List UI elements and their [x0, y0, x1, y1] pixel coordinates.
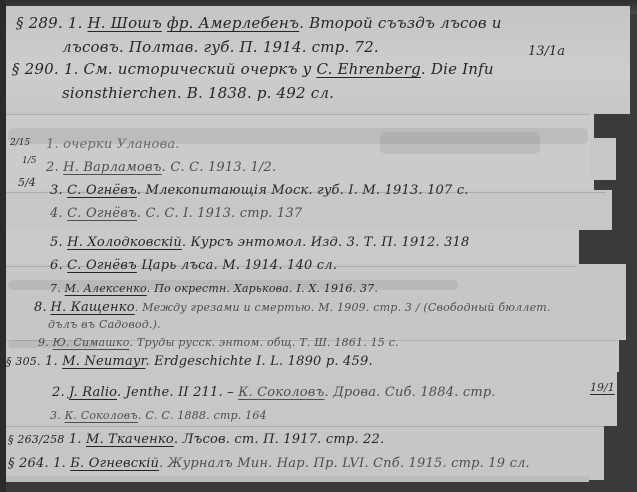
- author-name: Н. Кащенко: [51, 300, 135, 315]
- author-name-cont: фр. Амерлебенъ: [167, 14, 299, 32]
- divider: [6, 426, 604, 427]
- margin-fraction: 5/4: [18, 176, 36, 189]
- list-item: 7. М. Алексенко. По окрестн. Харькова. I…: [50, 282, 378, 295]
- citation-text: дълъ въ Садовод.).: [48, 318, 161, 331]
- author-name: М. Алексенко: [65, 282, 147, 295]
- list-item: 4. С. Огнёвъ. С. С. I. 1913. стр. 137: [50, 206, 302, 221]
- citation-text: Царь лъса. М. 1914. 140 сл.: [137, 258, 337, 273]
- citation-text: . Дрова. Сиб. 1884. стр.: [324, 385, 495, 400]
- citation-text: . Млекопитающія Моск. губ. I. М. 1913. 1…: [137, 183, 469, 198]
- item-number: 7.: [50, 282, 61, 295]
- citation-text: . С. С. 1913. 1/2.: [162, 160, 277, 175]
- citation-text: . Курсъ энтомол. Изд. 3. Т. П. 1912. 318: [182, 235, 470, 250]
- citation-text: очерки Уланова.: [63, 137, 179, 152]
- list-item: 8. Н. Кащенко. Между грезами и смертью. …: [34, 300, 551, 315]
- divider: [6, 114, 590, 115]
- citation-text: . Журналъ Мин. Нар. Пр. LVI. Спб. 1915. …: [159, 456, 530, 471]
- item-number: 8.: [34, 300, 47, 315]
- item-number: 2.: [52, 385, 65, 400]
- citation-text: . Erdgeschichte I. L. 1890 p. 459.: [145, 354, 372, 369]
- citation-text: . Труды русск. энтом. общ. Т. Ш. 1861. 1…: [130, 336, 399, 349]
- card-bottom-shadow: [4, 476, 589, 482]
- smudge: [380, 132, 540, 154]
- list-item: 6. С. Огнёвъ Царь лъса. М. 1914. 140 сл.: [50, 258, 337, 273]
- author-name: Н. Шошъ: [88, 14, 162, 32]
- left-dark-edge: [0, 0, 6, 492]
- entry-290-line-2: sionsthierchen. B. 1838. p. 492 cл.: [62, 84, 334, 102]
- entry-289-line-1: § 289. 1. Н. Шошъ фр. Амерлебенъ. Второй…: [16, 14, 502, 32]
- author-name: С. Огнёвъ: [67, 258, 137, 273]
- margin-note: 13/1а: [528, 44, 565, 59]
- item-number: 3.: [50, 409, 61, 422]
- item-number: 4.: [50, 206, 63, 221]
- author-name: К. Соколовъ: [65, 409, 138, 422]
- citation-text: . Второй съъздъ лъсов и: [299, 14, 501, 32]
- paragraph-number: § 289.: [16, 14, 63, 32]
- citation-text: . С. С. I. 1913. стр. 137: [137, 206, 302, 221]
- citation-text: . По окрестн. Харькова. I. Х. 1916. 37.: [147, 282, 378, 295]
- item-number: 6.: [50, 258, 63, 273]
- paragraph-number: § 264.: [8, 456, 49, 471]
- citation-text: . Между грезами и смертью. М. 1909. стр.…: [135, 301, 551, 314]
- entry-305-line-1: § 305. 1. M. Neumayr. Erdgeschichte I. L…: [6, 354, 373, 369]
- entry-263-line-1: § 263/258 1. М. Ткаченко. Лъсов. ст. П. …: [8, 432, 384, 447]
- margin-fraction: 2/15: [10, 138, 30, 148]
- item-number: 1.: [45, 354, 58, 369]
- item-number: 1.: [53, 456, 66, 471]
- margin-note: 19/1: [590, 381, 615, 394]
- author-name: Ю. Симашко: [53, 336, 130, 349]
- author-name: С. Огнёвъ: [67, 206, 137, 221]
- citation-text: См. исторический очеркъ у: [84, 60, 312, 78]
- item-number: 1.: [69, 432, 82, 447]
- author-name: Н. Холодковскій: [67, 235, 182, 250]
- author-name: Н. Варламовъ: [63, 160, 162, 175]
- card-strip-1-tab: [590, 138, 616, 180]
- paragraph-number: § 305.: [6, 355, 41, 368]
- item-number: 3.: [50, 183, 63, 198]
- entry-264-line-1: § 264. 1. Б. Огневскій. Журналъ Мин. Нар…: [8, 456, 530, 471]
- item-number: 5.: [50, 235, 63, 250]
- paragraph-number: § 263/258: [8, 433, 65, 446]
- citation-text: . Die Infu: [421, 60, 494, 78]
- entry-305-line-2: 2. J. Ralio. Jenthe. II 211. – К. Соколо…: [52, 385, 496, 400]
- entry-289-line-2: лъсовъ. Полтав. губ. П. 1914. стр. 72.: [62, 38, 379, 56]
- author-name: C. Ehrenberg: [316, 60, 420, 78]
- author-name: М. Ткаченко: [86, 432, 174, 447]
- margin-fraction: 1/5: [22, 156, 36, 166]
- citation-text: sionsthierchen. B. 1838. p. 492 cл.: [62, 84, 334, 102]
- list-item: 9. Ю. Симашко. Труды русск. энтом. общ. …: [38, 336, 399, 349]
- entry-305-line-3: 3. К. Соколовъ. С. С. 1888. стр. 164: [50, 409, 267, 422]
- list-item: 1. очерки Уланова.: [46, 137, 180, 152]
- paragraph-number: § 290.: [12, 60, 59, 78]
- author-name: С. Огнёвъ: [67, 183, 137, 198]
- item-number: 2.: [46, 160, 59, 175]
- citation-text: . Jenthe. II 211. –: [117, 385, 234, 400]
- author-name: M. Neumayr: [62, 354, 145, 369]
- list-item: 3. С. Огнёвъ. Млекопитающія Моск. губ. I…: [50, 183, 469, 198]
- author-name: Б. Огневскій: [70, 456, 159, 471]
- item-number: 1.: [64, 60, 79, 78]
- citation-text: лъсовъ. Полтав. губ. П. 1914. стр. 72.: [62, 38, 379, 56]
- item-number: 1.: [46, 137, 59, 152]
- author-name: К. Соколовъ: [238, 385, 324, 400]
- list-item-continuation: дълъ въ Садовод.).: [48, 318, 161, 331]
- list-item: 2. Н. Варламовъ. С. С. 1913. 1/2.: [46, 160, 276, 175]
- citation-text: . С. С. 1888. стр. 164: [138, 409, 267, 422]
- item-number: 9.: [38, 336, 49, 349]
- item-number: 1.: [68, 14, 83, 32]
- citation-text: . Лъсов. ст. П. 1917. стр. 22.: [174, 432, 384, 447]
- entry-290-line-1: § 290. 1. См. исторический очеркъ у C. E…: [12, 60, 494, 78]
- author-name: J. Ralio: [69, 385, 117, 400]
- card-strip-1: [4, 114, 594, 194]
- list-item: 5. Н. Холодковскій. Курсъ энтомол. Изд. …: [50, 235, 470, 250]
